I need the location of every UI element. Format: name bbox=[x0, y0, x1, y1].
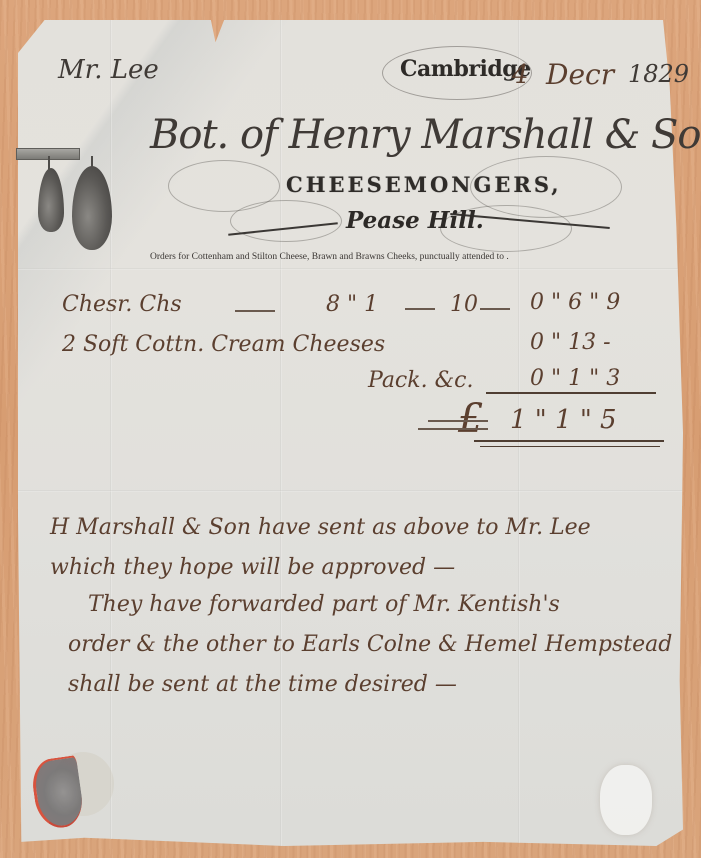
item-1-rate: 10 bbox=[450, 292, 478, 317]
item-3-amount: 0 " 1 " 3 bbox=[530, 366, 620, 391]
addressee: Mr. Lee bbox=[58, 55, 159, 85]
leader-dash bbox=[480, 308, 510, 310]
paper-damage bbox=[600, 765, 652, 835]
item-2-description: 2 Soft Cottn. Cream Cheeses bbox=[62, 332, 385, 357]
total-currency: £ bbox=[458, 396, 483, 442]
total-rule bbox=[474, 440, 664, 442]
subtotal-rule bbox=[486, 392, 656, 394]
billhead-trade: CHEESEMONGERS, bbox=[286, 172, 562, 197]
date-year: 1829 bbox=[628, 60, 689, 88]
date-month: Decr bbox=[546, 58, 614, 91]
letter-line-3: They have forwarded part of Mr. Kentish'… bbox=[88, 592, 560, 617]
fold-crease bbox=[110, 20, 112, 846]
item-2-amount: 0 " 13 - bbox=[530, 330, 611, 355]
letter-line-2: which they hope will be approved — bbox=[50, 555, 455, 580]
date-day: 4 bbox=[512, 60, 529, 90]
total-amount: 1 " 1 " 5 bbox=[510, 405, 617, 435]
fold-crease bbox=[18, 490, 683, 492]
letter-line-5: shall be sent at the time desired — bbox=[68, 672, 457, 697]
total-strike bbox=[418, 428, 488, 430]
leader-dash bbox=[235, 310, 275, 312]
letter-line-1: H Marshall & Son have sent as above to M… bbox=[50, 515, 591, 540]
flourish bbox=[230, 200, 342, 242]
total-rule bbox=[480, 446, 660, 447]
billhead-tagline: Orders for Cottenham and Stilton Cheese,… bbox=[150, 252, 509, 262]
billhead-street: Pease Hill. bbox=[346, 207, 484, 234]
item-1-weight: 8 " 1 bbox=[326, 292, 378, 317]
fold-crease bbox=[18, 268, 683, 270]
item-1-description: Chesr. Chs bbox=[62, 292, 182, 317]
leader-dash bbox=[405, 308, 435, 310]
letter-line-4: order & the other to Earls Colne & Hemel… bbox=[68, 632, 672, 657]
billhead-merchant: Bot. of Henry Marshall & Sons bbox=[150, 112, 701, 158]
total-strike bbox=[428, 420, 488, 422]
item-1-amount: 0 " 6 " 9 bbox=[530, 290, 620, 315]
item-3-description: Pack. &c. bbox=[368, 368, 473, 393]
